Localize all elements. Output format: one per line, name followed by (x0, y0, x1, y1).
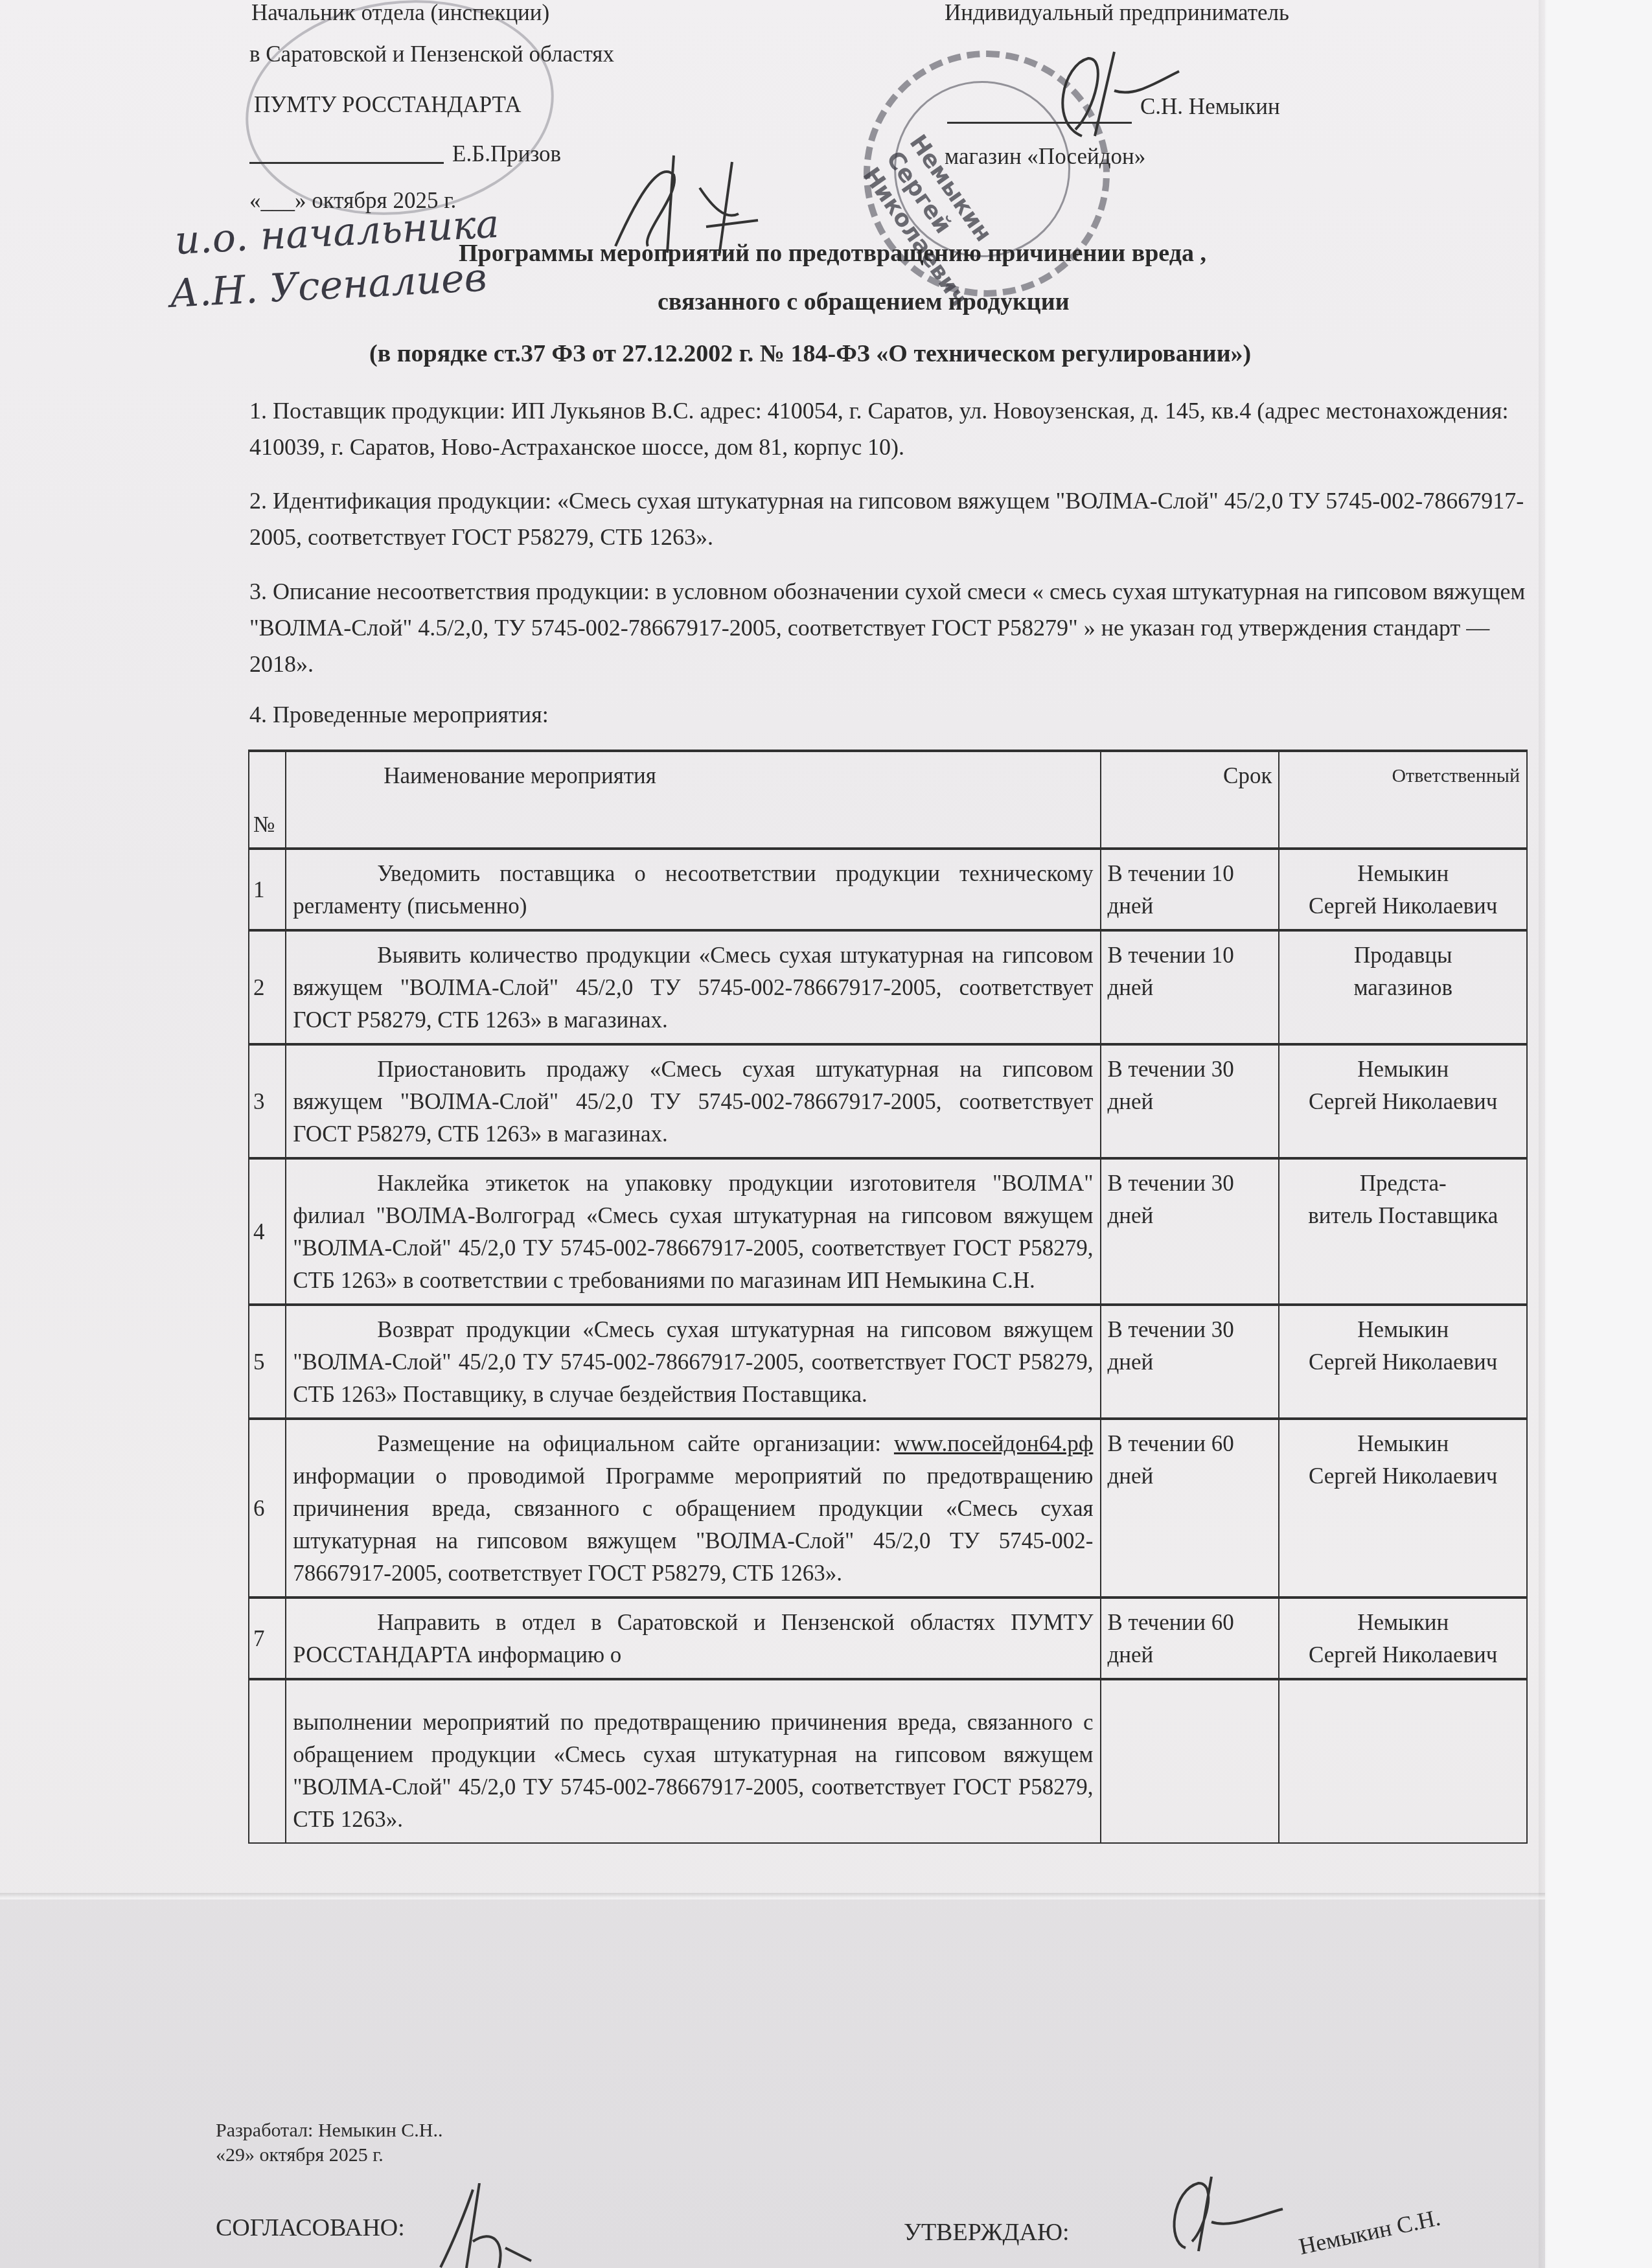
measure-name: Приостановить продажу «Смесь сухая штука… (286, 1044, 1100, 1158)
approve-signature (1160, 2170, 1289, 2254)
table-row: 6Размещение на официальном сайте организ… (249, 1419, 1527, 1598)
measure-name-text: Размещение на официальном сайте организа… (377, 1431, 894, 1456)
measure-name: Наклейка этикеток на упаковку продукции … (286, 1158, 1100, 1305)
responsible-line2: Сергей Николаевич (1286, 890, 1520, 922)
measure-responsible: НемыкинСергей Николаевич (1279, 1305, 1527, 1419)
approver-name: Е.Б.Призов (452, 141, 561, 167)
responsible-line1: Немыкин (1286, 1428, 1520, 1460)
developer: Разработал: Немыкин С.Н.. (216, 2120, 442, 2142)
measure-term: В течении 30 дней (1101, 1044, 1279, 1158)
developer-date: «29» октября 2025 г. (216, 2144, 384, 2167)
table-row: 5Возврат продукции «Смесь сухая штукатур… (249, 1305, 1527, 1419)
measure-responsible: НемыкинСергей Николаевич (1279, 1044, 1527, 1158)
measure-name: Размещение на официальном сайте организа… (286, 1419, 1100, 1598)
section-measures-heading: 4. Проведенные мероприятия: (249, 696, 1529, 733)
measure-responsible-empty (1279, 1679, 1527, 1843)
responsible-line2: витель Поставщика (1286, 1200, 1520, 1232)
table-header-row: № Наименование мероприятия Срок Ответств… (249, 751, 1527, 849)
table-row: 1Уведомить поставщика о несоответствии п… (249, 849, 1527, 930)
measure-term: В течении 10 дней (1101, 849, 1279, 930)
folded-section-tint (0, 1898, 1545, 2268)
row-number: 4 (249, 1158, 286, 1305)
paper-fold (0, 1893, 1545, 1899)
measures-table: № Наименование мероприятия Срок Ответств… (248, 750, 1528, 1844)
responsible-line2: Сергей Николаевич (1286, 1346, 1520, 1379)
signature-right (1037, 45, 1186, 143)
responsible-line1: Немыкин (1286, 1314, 1520, 1346)
measure-name-text: Выявить количество продукции «Смесь суха… (293, 943, 1093, 1033)
measure-name-text: Уведомить поставщика о несоответствии пр… (293, 861, 1093, 919)
measure-name: Направить в отдел в Саратовской и Пензен… (286, 1598, 1100, 1679)
measure-responsible: НемыкинСергей Николаевич (1279, 1419, 1527, 1598)
table-row-continuation: выполнении мероприятий по предотвращению… (249, 1679, 1527, 1843)
measure-term: В течении 30 дней (1101, 1305, 1279, 1419)
measure-name: Выявить количество продукции «Смесь суха… (286, 930, 1100, 1044)
doc-title-line2: связанного с обращением продукции (658, 288, 1070, 317)
measure-responsible: НемыкинСергей Николаевич (1279, 1598, 1527, 1679)
responsible-line1: Немыкин (1286, 1607, 1520, 1639)
measure-name-text: Возврат продукции «Смесь сухая штукатурн… (293, 1317, 1093, 1407)
table-row: 7Направить в отдел в Саратовской и Пензе… (249, 1598, 1527, 1679)
measure-responsible: Продавцымагазинов (1279, 930, 1527, 1044)
row-number: 2 (249, 930, 286, 1044)
responsible-line2: Сергей Николаевич (1286, 1086, 1520, 1118)
measure-term: В течении 10 дней (1101, 930, 1279, 1044)
measure-term: В течении 60 дней (1101, 1419, 1279, 1598)
approve-label: УТВЕРЖДАЮ: (904, 2219, 1070, 2247)
responsible-line2: Сергей Николаевич (1286, 1639, 1520, 1671)
responsible-line2: магазинов (1286, 972, 1520, 1004)
measure-name-continuation: выполнении мероприятий по предотвращению… (286, 1679, 1100, 1843)
section-supplier: 1. Поставщик продукции: ИП Лукьянов В.С.… (249, 393, 1529, 465)
row-number: 6 (249, 1419, 286, 1598)
doc-title-line1: Программы мероприятий по предотвращению … (459, 240, 1206, 268)
table-row: 2Выявить количество продукции «Смесь сух… (249, 930, 1527, 1044)
measure-name-text: Приостановить продажу «Смесь сухая штука… (293, 1057, 1093, 1147)
table-row: 4Наклейка этикеток на упаковку продукции… (249, 1158, 1527, 1305)
website-link[interactable]: www.посейдон64.рф (894, 1431, 1094, 1456)
measure-name: Возврат продукции «Смесь сухая штукатурн… (286, 1305, 1100, 1419)
measure-responsible: НемыкинСергей Николаевич (1279, 849, 1527, 930)
row-number: 5 (249, 1305, 286, 1419)
approver-org: ПУМТУ РОССТАНДАРТА (254, 92, 522, 118)
agreed-label: СОГЛАСОВАНО: (216, 2214, 405, 2243)
header-num: № (249, 751, 286, 849)
header-responsible: Ответственный (1279, 751, 1527, 849)
header-term: Срок (1101, 751, 1279, 849)
row-number: 1 (249, 849, 286, 930)
responsible-line2: Сергей Николаевич (1286, 1460, 1520, 1493)
measure-term-empty (1101, 1679, 1279, 1843)
section-identification: 2. Идентификация продукции: «Смесь сухая… (249, 483, 1529, 555)
measure-name: Уведомить поставщика о несоответствии пр… (286, 849, 1100, 930)
store-name: магазин «Посейдон» (945, 144, 1145, 170)
responsible-line1: Немыкин (1286, 1053, 1520, 1086)
page-edge (1545, 0, 1652, 2268)
header-name: Наименование мероприятия (286, 751, 1100, 849)
measure-name-text: Направить в отдел в Саратовской и Пензен… (293, 1610, 1093, 1667)
measure-term: В течении 30 дней (1101, 1158, 1279, 1305)
approver-position: Начальник отдела (инспекции) (251, 0, 549, 26)
entrepreneur-title: Индивидуальный предприниматель (945, 0, 1289, 26)
section-nonconformity: 3. Описание несоответствия продукции: в … (249, 573, 1529, 682)
row-number: 3 (249, 1044, 286, 1158)
table-row: 3Приостановить продажу «Смесь сухая штук… (249, 1044, 1527, 1158)
responsible-line1: Продавцы (1286, 939, 1520, 972)
doc-title-line3: (в порядке ст.37 ФЗ от 27.12.2002 г. № 1… (369, 340, 1251, 369)
agreed-signature (428, 2183, 544, 2268)
row-number: 7 (249, 1598, 286, 1679)
responsible-line1: Немыкин (1286, 858, 1520, 890)
row-number-empty (249, 1679, 286, 1843)
measure-term: В течении 60 дней (1101, 1598, 1279, 1679)
responsible-line1: Предста- (1286, 1167, 1520, 1200)
measure-responsible: Предста-витель Поставщика (1279, 1158, 1527, 1305)
measure-name-text: Наклейка этикеток на упаковку продукции … (293, 1171, 1093, 1293)
approver-region: в Саратовской и Пензенской областях (249, 41, 614, 67)
measure-name-rest: информации о проводимой Программе меропр… (293, 1463, 1093, 1586)
signature-line-left (249, 162, 444, 164)
